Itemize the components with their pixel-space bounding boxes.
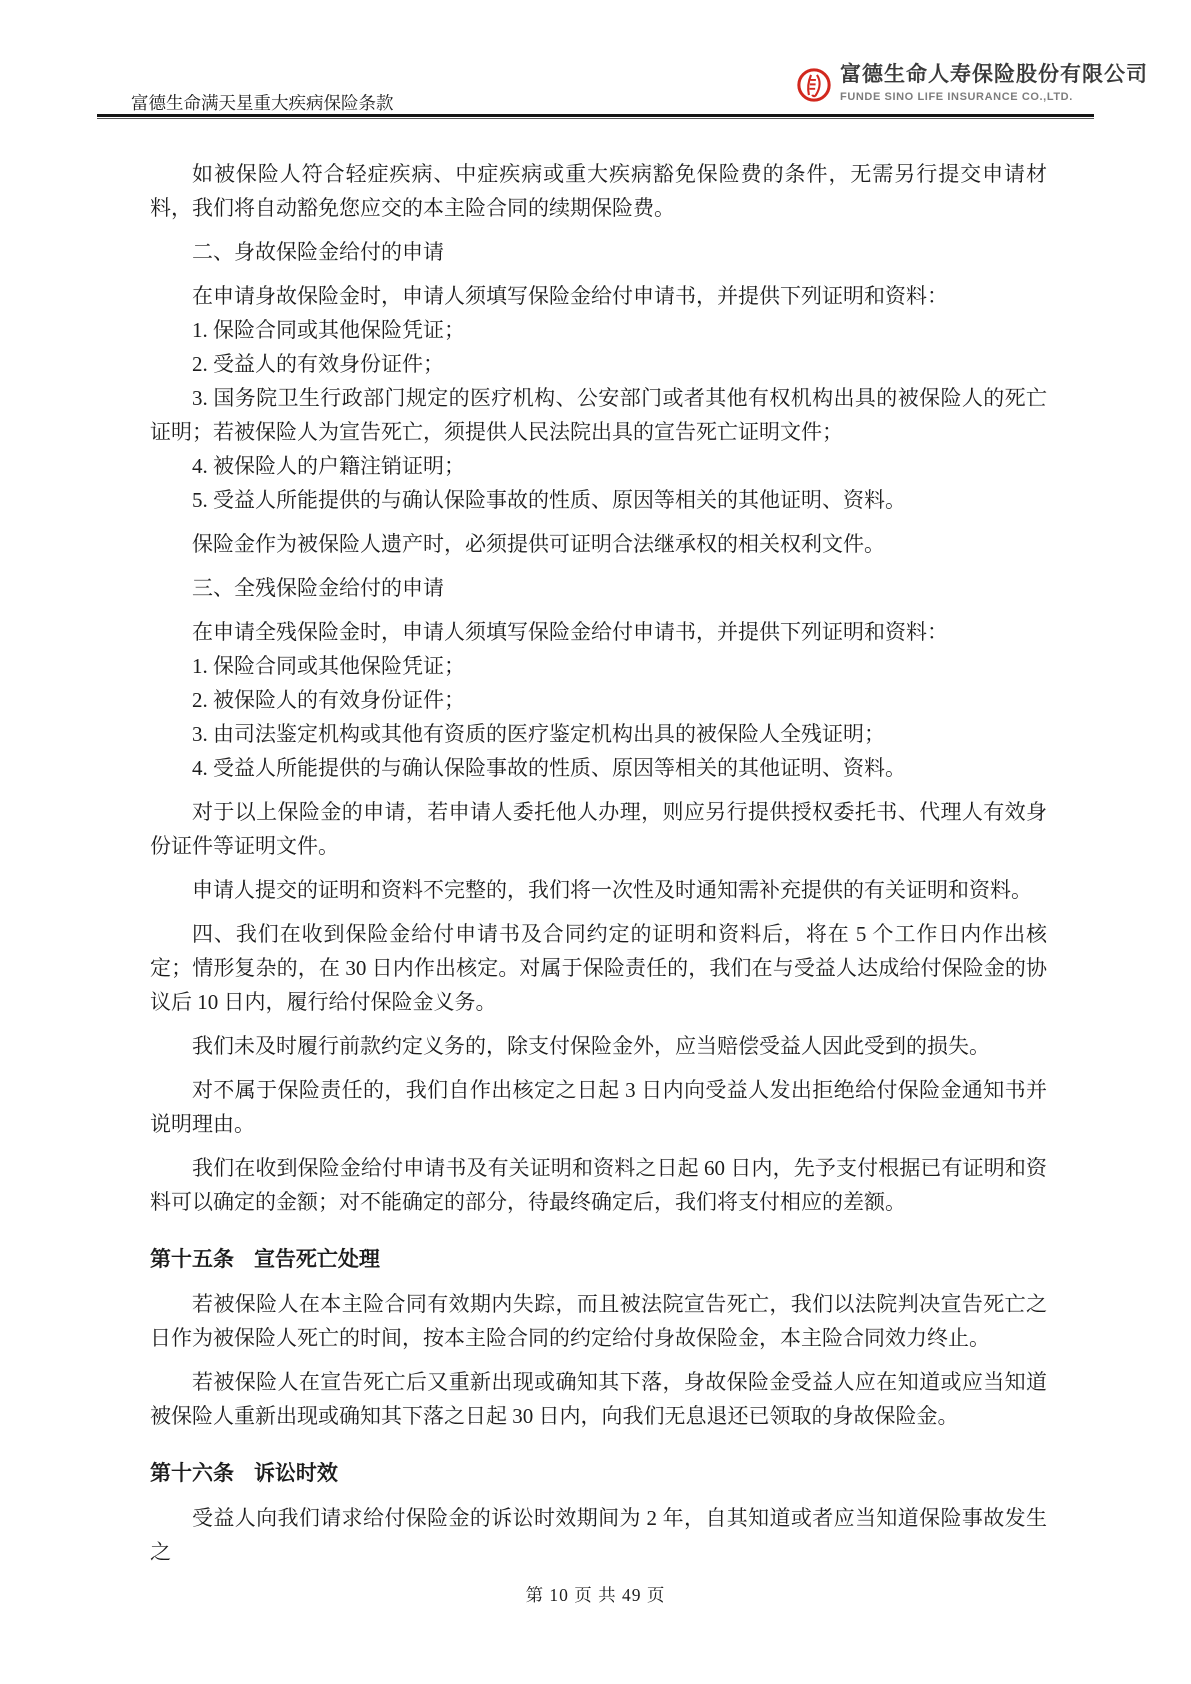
company-logo-icon bbox=[796, 67, 832, 103]
paragraph: 对不属于保险责任的，我们自作出核定之日起 3 日内向受益人发出拒绝给付保险金通知… bbox=[150, 1073, 1047, 1141]
paragraph: 如被保险人符合轻症疾病、中症疾病或重大疾病豁免保险费的条件，无需另行提交申请材料… bbox=[150, 157, 1047, 225]
list-item: 5. 受益人所能提供的与确认保险事故的性质、原因等相关的其他证明、资料。 bbox=[150, 483, 1047, 517]
paragraph: 申请人提交的证明和资料不完整的，我们将一次性及时通知需补充提供的有关证明和资料。 bbox=[150, 873, 1047, 907]
list-item: 3. 由司法鉴定机构或其他有资质的医疗鉴定机构出具的被保险人全残证明； bbox=[150, 717, 1047, 751]
header-divider-rule bbox=[97, 114, 1094, 119]
list-item: 1. 保险合同或其他保险凭证； bbox=[150, 649, 1047, 683]
paragraph: 在申请全残保险金时，申请人须填写保险金给付申请书，并提供下列证明和资料： bbox=[150, 615, 1047, 649]
list-item: 4. 被保险人的户籍注销证明； bbox=[150, 449, 1047, 483]
company-name-block: 富德生命人寿保险股份有限公司 FUNDE SINO LIFE INSURANCE… bbox=[840, 58, 1148, 103]
paragraph: 若被保险人在宣告死亡后又重新出现或确知其下落，身故保险金受益人应在知道或应当知道… bbox=[150, 1365, 1047, 1433]
company-name-english: FUNDE SINO LIFE INSURANCE CO.,LTD. bbox=[840, 91, 1148, 103]
section-subheading: 二、身故保险金给付的申请 bbox=[150, 235, 1047, 269]
company-name-chinese: 富德生命人寿保险股份有限公司 bbox=[840, 58, 1148, 88]
paragraph: 我们未及时履行前款约定义务的，除支付保险金外，应当赔偿受益人因此受到的损失。 bbox=[150, 1029, 1047, 1063]
paragraph: 在申请身故保险金时，申请人须填写保险金给付申请书，并提供下列证明和资料： bbox=[150, 279, 1047, 313]
company-logo-block: 富德生命人寿保险股份有限公司 FUNDE SINO LIFE INSURANCE… bbox=[796, 58, 1148, 103]
paragraph: 四、我们在收到保险金给付申请书及合同约定的证明和资料后，将在 5 个工作日内作出… bbox=[150, 917, 1047, 1019]
list-item: 2. 受益人的有效身份证件； bbox=[150, 347, 1047, 381]
section-subheading: 三、全残保险金给付的申请 bbox=[150, 571, 1047, 605]
paragraph: 受益人向我们请求给付保险金的诉讼时效期间为 2 年，自其知道或者应当知道保险事故… bbox=[150, 1501, 1047, 1569]
header-document-title: 富德生命满天星重大疾病保险条款 bbox=[131, 90, 394, 115]
list-item: 3. 国务院卫生行政部门规定的医疗机构、公安部门或者其他有权机构出具的被保险人的… bbox=[150, 381, 1047, 449]
article-title: 诉讼时效 bbox=[254, 1462, 338, 1485]
paragraph: 若被保险人在本主险合同有效期内失踪，而且被法院宣告死亡，我们以法院判决宣告死亡之… bbox=[150, 1287, 1047, 1355]
paragraph: 对于以上保险金的申请，若申请人委托他人办理，则应另行提供授权委托书、代理人有效身… bbox=[150, 795, 1047, 863]
document-body: 如被保险人符合轻症疾病、中症疾病或重大疾病豁免保险费的条件，无需另行提交申请材料… bbox=[150, 147, 1047, 1569]
article-number: 第十五条 bbox=[150, 1248, 234, 1271]
list-item: 1. 保险合同或其他保险凭证； bbox=[150, 313, 1047, 347]
article-heading: 第十六条诉讼时效 bbox=[150, 1457, 1047, 1491]
document-page: 富德生命满天星重大疾病保险条款 富德生命人寿保险股份有限公司 FUNDE SIN… bbox=[0, 0, 1191, 1684]
paragraph: 保险金作为被保险人遗产时，必须提供可证明合法继承权的相关权利文件。 bbox=[150, 527, 1047, 561]
paragraph: 我们在收到保险金给付申请书及有关证明和资料之日起 60 日内，先予支付根据已有证… bbox=[150, 1151, 1047, 1219]
list-item: 2. 被保险人的有效身份证件； bbox=[150, 683, 1047, 717]
page-number-footer: 第 10 页 共 49 页 bbox=[0, 1582, 1191, 1607]
article-heading: 第十五条宣告死亡处理 bbox=[150, 1243, 1047, 1277]
article-number: 第十六条 bbox=[150, 1462, 234, 1485]
article-title: 宣告死亡处理 bbox=[254, 1248, 380, 1271]
list-item: 4. 受益人所能提供的与确认保险事故的性质、原因等相关的其他证明、资料。 bbox=[150, 751, 1047, 785]
